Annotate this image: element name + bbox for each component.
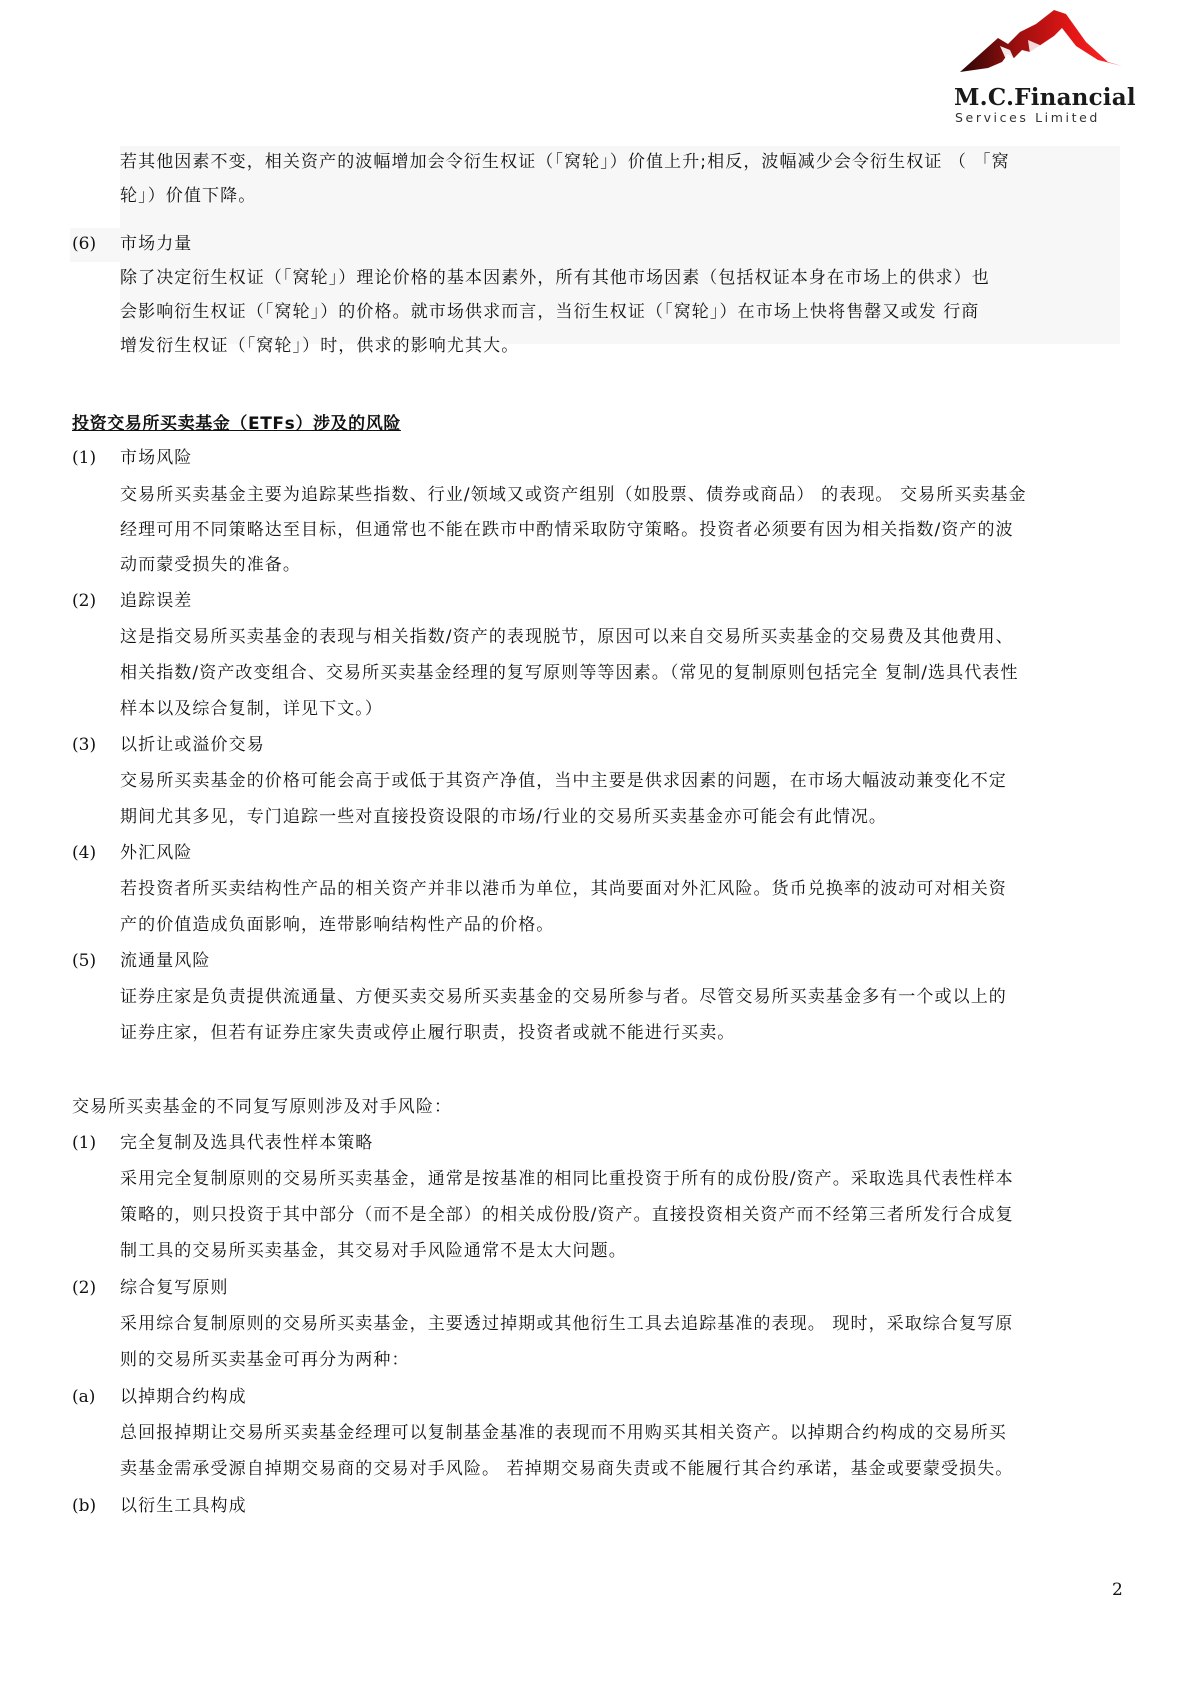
item-body-line: 会影响衍生权证（「窝轮」）的价格。就市场供求而言，当衍生权证（「窝轮」）在市场上… [120, 300, 979, 324]
item-number: (6) [72, 232, 96, 256]
item-body-line: 证券庄家，但若有证券庄家失责或停止履行职责，投资者或就不能进行买卖。 [120, 1021, 735, 1045]
item-body-line: 样本以及综合复制，详见下文。） [120, 697, 383, 721]
item-title: 外汇风险 [120, 841, 192, 865]
item-number: (2) [72, 1276, 96, 1300]
mountain-logo-icon [958, 6, 1128, 78]
item-number: (5) [72, 949, 96, 973]
section-heading: 投资交易所买卖基金（ETFs）涉及的风险 [72, 412, 401, 436]
item-title: 流通量风险 [120, 949, 211, 973]
item-number: (b) [72, 1494, 96, 1518]
item-title: 以衍生工具构成 [120, 1494, 247, 1518]
item-number: (a) [72, 1385, 95, 1409]
continuation-line: 若其他因素不变，相关资产的波幅增加会令衍生权证（「窝轮」）价值上升;相反，波幅减… [120, 150, 1010, 174]
logo-company-subtitle: Services Limited [955, 110, 1100, 125]
item-body-line: 交易所买卖基金的价格可能会高于或低于其资产净值，当中主要是供求因素的问题，在市场… [120, 769, 1007, 793]
item-body-line: 除了决定衍生权证（「窝轮」）理论价格的基本因素外，所有其他市场因素（包括权证本身… [120, 266, 990, 290]
item-body-line: 总回报掉期让交易所买卖基金经理可以复制基金基准的表现而不用购买其相关资产。以掉期… [120, 1421, 1007, 1445]
item-title: 以掉期合约构成 [120, 1385, 247, 1409]
item-body-line: 制工具的交易所买卖基金，其交易对手风险通常不是太大问题。 [120, 1239, 627, 1263]
item-number: (4) [72, 841, 96, 865]
logo-company-name: M.C.Financial [954, 84, 1136, 111]
continuation-line: 轮」）价值下降。 [120, 184, 256, 208]
company-logo: M.C.Financial Services Limited [950, 6, 1130, 124]
item-title: 完全复制及选具代表性样本策略 [120, 1131, 373, 1155]
item-body-line: 相关指数/资产改变组合、交易所买卖基金经理的复写原则等等因素。（常见的复制原则包… [120, 661, 1019, 685]
page-number: 2 [1112, 1580, 1123, 1600]
item-number: (3) [72, 733, 96, 757]
item-body-line: 采用完全复制原则的交易所买卖基金，通常是按基准的相同比重投资于所有的成份股/资产… [120, 1167, 1014, 1191]
item-number: (1) [72, 446, 96, 470]
item-body-line: 采用综合复制原则的交易所买卖基金，主要透过掉期或其他衍生工具去追踪基准的表现。 … [120, 1312, 1013, 1336]
item-title: 综合复写原则 [120, 1276, 229, 1300]
item-body-line: 则的交易所买卖基金可再分为两种： [120, 1348, 410, 1372]
item-title: 以折让或溢价交易 [120, 733, 265, 757]
item-number: (2) [72, 589, 96, 613]
item-body-line: 这是指交易所买卖基金的表现与相关指数/资产的表现脱节，原因可以来自交易所买卖基金… [120, 625, 1014, 649]
item-body-line: 产的价值造成负面影响，连带影响结构性产品的价格。 [120, 913, 554, 937]
item-body-line: 经理可用不同策略达至目标，但通常也不能在跌市中酌情采取防守策略。投资者必须要有因… [120, 518, 1014, 542]
item-body-line: 期间尤其多见，专门追踪一些对直接投资设限的市场/行业的交易所买卖基金亦可能会有此… [120, 805, 887, 829]
item-body-line: 增发衍生权证（「窝轮」）时，供求的影响尤其大。 [120, 334, 519, 358]
item-body-line: 证券庄家是负责提供流通量、方便买卖交易所买卖基金的交易所参与者。尽管交易所买卖基… [120, 985, 1007, 1009]
item-body-line: 卖基金需承受源自掉期交易商的交易对手风险。 若掉期交易商失责或不能履行其合约承诺… [120, 1457, 1013, 1481]
item-body-line: 交易所买卖基金主要为追踪某些指数、行业/领域又或资产组别（如股票、债券或商品） … [120, 483, 1027, 507]
item-title: 市场力量 [120, 232, 192, 256]
item-title: 市场风险 [120, 446, 192, 470]
item-body-line: 策略的，则只投资于其中部分（而不是全部）的相关成份股/资产。直接投资相关资产而不… [120, 1203, 1014, 1227]
item-body-line: 动而蒙受损失的准备。 [120, 553, 301, 577]
item-title: 追踪误差 [120, 589, 192, 613]
item-number: (1) [72, 1131, 96, 1155]
section-intro: 交易所买卖基金的不同复写原则涉及对手风险： [72, 1095, 452, 1119]
item-body-line: 若投资者所买卖结构性产品的相关资产并非以港币为单位，其尚要面对外汇风险。货币兑换… [120, 877, 1007, 901]
